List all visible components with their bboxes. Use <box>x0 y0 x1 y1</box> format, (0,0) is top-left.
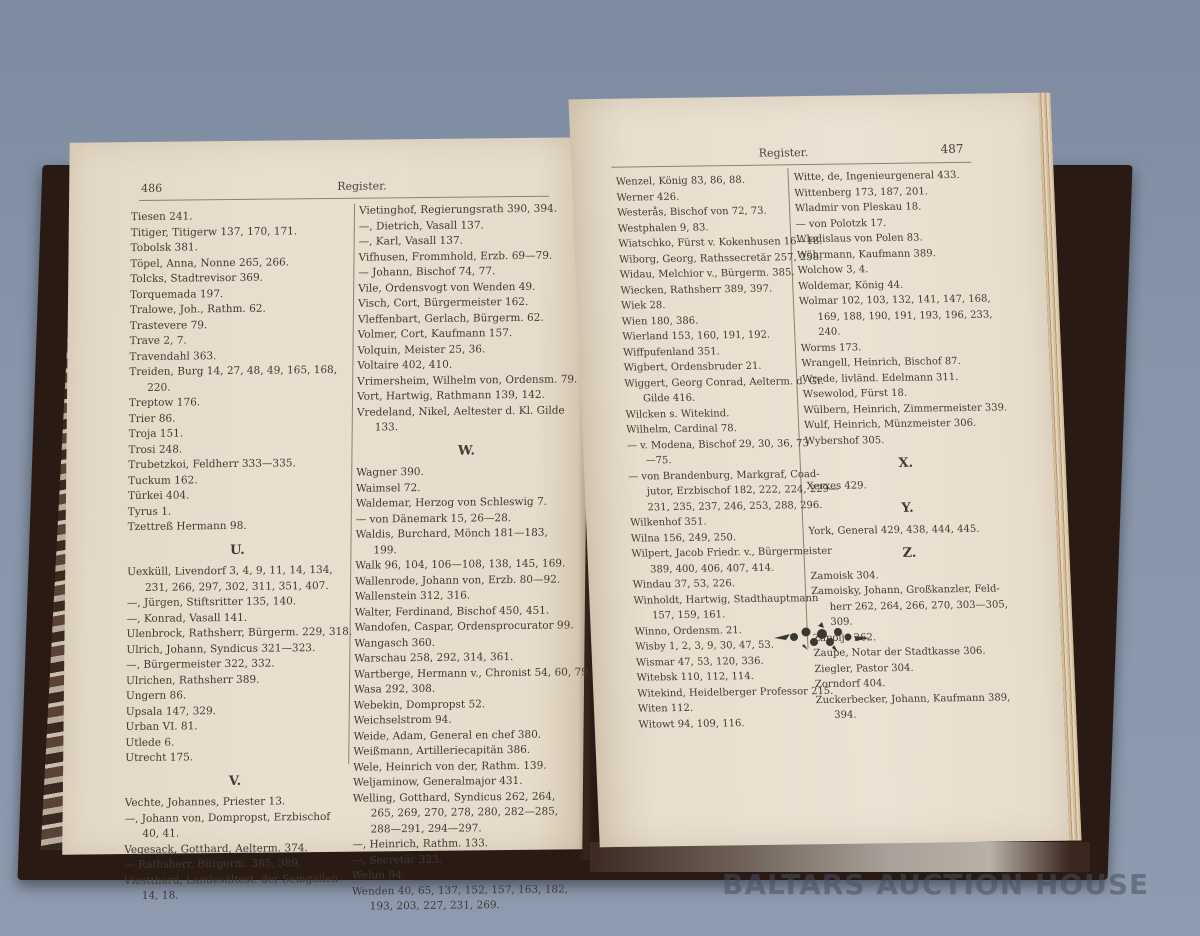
index-entry: —, Johann von, Dompropst, Erzbischof <box>125 809 345 827</box>
index-entry: Wybershof 305. <box>804 431 1005 449</box>
index-entry: Viestthard, Landesältest. der Semgallen <box>124 871 344 889</box>
index-entry: Vietinghof, Regierungsrath 390, 394. <box>359 201 579 219</box>
index-entry: Wulf, Heinrich, Münzmeister 306. <box>804 415 1005 433</box>
left-page: 486 Register. Tiesen 241.Titiger, Titige… <box>62 137 590 854</box>
index-entry: 231, 235, 237, 246, 253, 288, 296. <box>629 498 800 516</box>
index-entry: Wiecken, Rathsherr 389, 397. <box>620 281 791 299</box>
index-entry: Wallenrode, Johann von, Erzb. 80—92. <box>355 572 575 590</box>
index-entry: Westerås, Bischof von 72, 73. <box>617 203 788 221</box>
section-letter: X. <box>805 454 1006 472</box>
index-column-2: Vietinghof, Regierungsrath 390, 394.—, D… <box>352 201 579 915</box>
index-column-1: Tiesen 241.Titiger, Titigerw 137, 170, 1… <box>124 208 351 905</box>
index-entry: Tzettreß Hermann 98. <box>128 518 348 536</box>
section-letter: Y. <box>807 499 1008 517</box>
index-entry: Wiggert, Georg Conrad, Aelterm. d. Gr. <box>624 374 795 392</box>
index-entry: Xerxes 429. <box>806 476 1007 494</box>
index-entry: 231, 266, 297, 302, 311, 351, 407. <box>127 578 347 596</box>
running-head-right: Register. <box>758 146 808 160</box>
running-head-left: Register. <box>337 179 387 193</box>
index-entry: 193, 203, 227, 231, 269. <box>352 897 572 915</box>
index-entry: 133. <box>357 418 577 436</box>
index-entry: — v. Modena, Bischof 29, 30, 36, 73 <box>627 436 798 454</box>
index-entry: Wilpert, Jacob Friedr. v., Bürgermeister <box>631 544 802 562</box>
index-entry: Witekind, Heidelberger Professor 215. <box>637 684 808 702</box>
index-entry: Wierland 153, 160, 191, 192. <box>622 327 793 345</box>
index-entry: Treiden, Burg 14, 27, 48, 49, 165, 168, <box>129 363 349 381</box>
section-letter: V. <box>125 772 345 790</box>
index-entry: Wandofen, Caspar, Ordensprocurator 99. <box>355 618 575 636</box>
index-entry: 169, 188, 190, 191, 193, 196, 233, <box>799 307 1000 325</box>
index-entry: Wiatschko, Fürst v. Kokenhusen 16—18. <box>618 234 789 252</box>
index-entry: Vredeland, Nikel, Aeltester d. Kl. Gilde <box>357 403 577 421</box>
index-entry: herr 262, 264, 266, 270, 303—305, <box>811 597 1012 615</box>
index-entry: Zuckerbecker, Johann, Kaufmann 389, <box>815 690 1016 708</box>
section-letter: U. <box>127 541 347 559</box>
index-entry: Walk 96, 104, 106—108, 138, 145, 169. <box>355 556 575 574</box>
header-rule <box>139 196 549 201</box>
index-entry: Wenden 40, 65, 137, 152, 157, 163, 182, <box>352 882 572 900</box>
page-number-left: 486 <box>141 182 162 195</box>
index-entry: Weide, Adam, General en chef 380. <box>353 727 573 745</box>
index-entry: 394. <box>816 705 1017 723</box>
index-entry: Waldemar, Herzog von Schleswig 7. <box>356 494 576 512</box>
section-letter: W. <box>356 442 576 460</box>
index-entry: jutor, Erzbischof 182, 222, 224, 229— <box>629 482 800 500</box>
index-entry: 14, 18. <box>124 887 344 905</box>
floral-ornament-icon <box>772 620 872 656</box>
right-page: Register. 487 Wenzel, König 83, 86, 88.W… <box>568 93 1069 847</box>
page-number-right: 487 <box>940 142 963 156</box>
index-entry: Ulenbrock, Rathsherr, Bürgerm. 229, 318. <box>126 625 346 643</box>
index-entry: Waldis, Burchard, Mönch 181—183, <box>356 525 576 543</box>
index-entry: Widau, Melchior v., Bürgerm. 385. <box>620 265 791 283</box>
watermark: BALTARS AUCTION HOUSE <box>722 868 1149 901</box>
index-entry: Winholdt, Hartwig, Stadthauptmann <box>633 591 804 609</box>
index-entry: Vifhusen, Frommhold, Erzb. 69—79. <box>358 248 578 266</box>
index-entry: Utrecht 175. <box>125 749 345 767</box>
index-entry: York, General 429, 438, 444, 445. <box>808 521 1009 539</box>
index-entry: Witowt 94, 109, 116. <box>638 715 809 733</box>
index-entry: Wartberge, Hermann v., Chronist 54, 60, … <box>354 665 574 683</box>
index-entry: Uexküll, Livendorf 3, 4, 9, 11, 14, 134, <box>127 563 347 581</box>
index-entry: Vort, Hartwig, Rathmann 139, 142. <box>357 387 577 405</box>
index-entry: 265, 269, 270, 278, 280, 282—285, <box>353 804 573 822</box>
section-letter: Z. <box>809 544 1010 562</box>
header-rule <box>611 162 971 168</box>
index-entry: Ulrich, Johann, Syndicus 321—323. <box>126 640 346 658</box>
index-entry: Wele, Heinrich von der, Rathm. 139. <box>353 758 573 776</box>
